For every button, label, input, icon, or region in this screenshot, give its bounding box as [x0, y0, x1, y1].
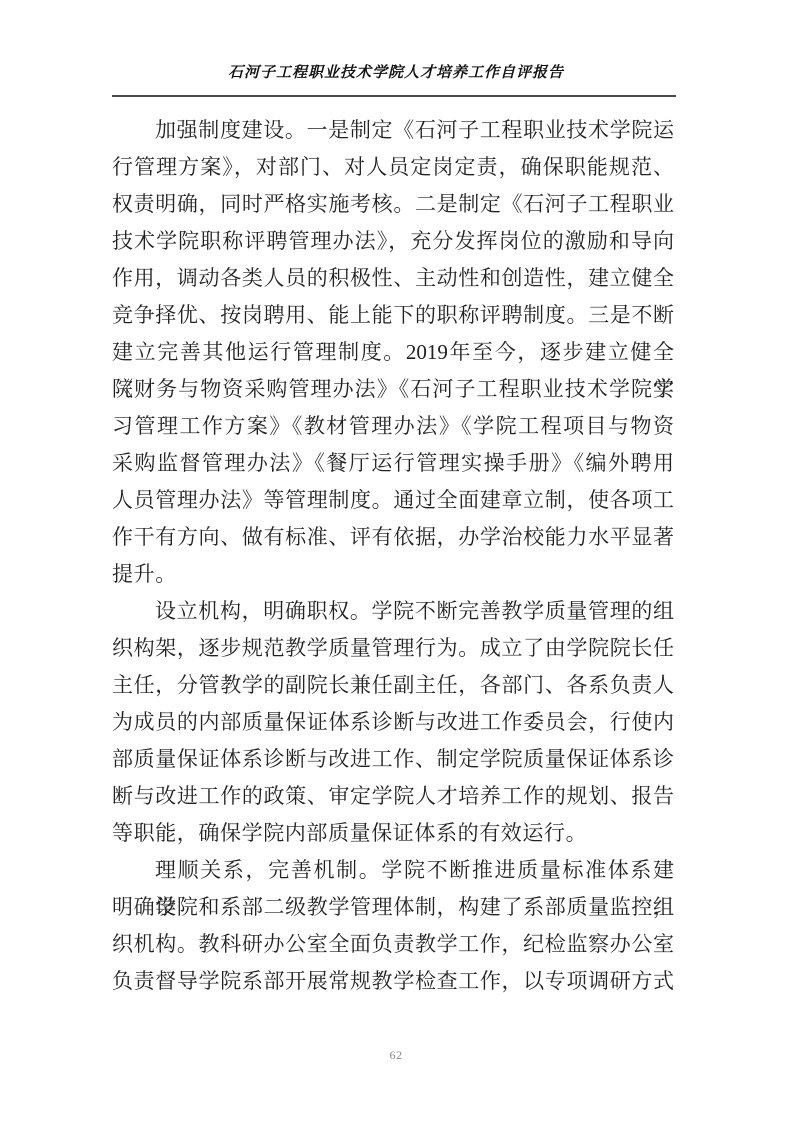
text-line: 采购监督管理办法》《餐厅运行管理实操手册》《编外聘用: [112, 445, 674, 482]
text-line: 行管理方案》，对部门、对人员定岗定责，确保职能规范、: [112, 149, 674, 186]
text-line: 建立完善其他运行管理制度。2019年至今，逐步建立健全《学: [112, 334, 674, 371]
text-line: 作干有方向、做有标准、评有依据，办学治校能力水平显著: [112, 519, 674, 556]
header-rule-divider: [112, 95, 676, 97]
text-line: 人员管理办法》等管理制度。通过全面建章立制，使各项工: [112, 482, 674, 519]
text-line: 权责明确，同时严格实施考核。二是制定《石河子工程职业: [112, 186, 674, 223]
text-line: 设立机构，明确职权。学院不断完善教学质量管理的组: [112, 593, 674, 630]
text-line: 织构架，逐步规范教学质量管理行为。成立了由学院院长任: [112, 630, 674, 667]
paragraph: 理顺关系，完善机制。学院不断推进质量标准体系建设， 明确学院和系部二级教学管理体…: [112, 852, 674, 1000]
paragraph: 加强制度建设。一是制定《石河子工程职业技术学院运 行管理方案》，对部门、对人员定…: [112, 112, 674, 593]
text-line: 明确学院和系部二级教学管理体制，构建了系部质量监控组: [112, 889, 674, 926]
document-page: 石河子工程职业技术学院人才培养工作自评报告 加强制度建设。一是制定《石河子工程职…: [0, 0, 792, 1122]
text-line: 院财务与物资采购管理办法》《石河子工程职业技术学院实: [112, 371, 674, 408]
paragraph: 设立机构，明确职权。学院不断完善教学质量管理的组 织构架，逐步规范教学质量管理行…: [112, 593, 674, 852]
page-number: 62: [0, 1048, 792, 1063]
text-line: 习管理工作方案》《教材管理办法》《学院工程项目与物资: [112, 408, 674, 445]
text-line: 部质量保证体系诊断与改进工作、制定学院质量保证体系诊: [112, 741, 674, 778]
text-line: 为成员的内部质量保证体系诊断与改进工作委员会，行使内: [112, 704, 674, 741]
text-line: 竞争择优、按岗聘用、能上能下的职称评聘制度。三是不断: [112, 297, 674, 334]
text-line: 主任，分管教学的副院长兼任副主任，各部门、各系负责人: [112, 667, 674, 704]
text-line: 负责督导学院系部开展常规教学检查工作，以专项调研方式: [112, 963, 674, 1000]
text-line: 织机构。教科研办公室全面负责教学工作，纪检监察办公室: [112, 926, 674, 963]
document-body: 加强制度建设。一是制定《石河子工程职业技术学院运 行管理方案》，对部门、对人员定…: [112, 112, 674, 1000]
text-line: 理顺关系，完善机制。学院不断推进质量标准体系建设，: [112, 852, 674, 889]
text-line: 提升。: [112, 556, 674, 593]
page-header-title: 石河子工程职业技术学院人才培养工作自评报告: [0, 61, 792, 82]
text-line: 技术学院职称评聘管理办法》，充分发挥岗位的激励和导向: [112, 223, 674, 260]
text-line: 断与改进工作的政策、审定学院人才培养工作的规划、报告: [112, 778, 674, 815]
text-line: 加强制度建设。一是制定《石河子工程职业技术学院运: [112, 112, 674, 149]
text-line: 等职能，确保学院内部质量保证体系的有效运行。: [112, 815, 674, 852]
text-line: 作用，调动各类人员的积极性、主动性和创造性，建立健全: [112, 260, 674, 297]
